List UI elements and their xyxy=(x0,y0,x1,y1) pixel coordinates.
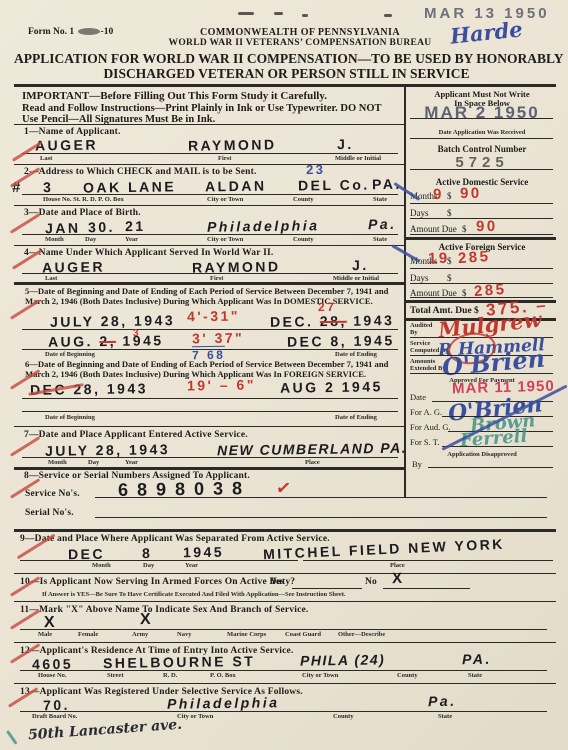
field-residence-state: PA. xyxy=(462,651,492,667)
form-title-line1: APPLICATION FOR WORLD WAR II COMPENSATIO… xyxy=(14,51,559,67)
write-line xyxy=(22,411,398,412)
sublabel-day: Day xyxy=(143,562,154,569)
write-line xyxy=(95,497,547,498)
for-ag-label: For A. G. xyxy=(410,407,442,417)
important-line: IMPORTANT—Before Filling Out This Form S… xyxy=(22,90,327,102)
write-line xyxy=(22,234,398,235)
sublabel-coast-guard: Coast Guard xyxy=(285,631,321,638)
dollar-sign: $ xyxy=(447,256,452,266)
panel-line xyxy=(410,138,553,139)
serial-nos-label: Serial No's. xyxy=(25,508,74,518)
field-birth-day: 30. xyxy=(88,219,115,235)
sublabel-date-of-beginning: Date of Beginning xyxy=(45,414,95,421)
sublabel-street: Street xyxy=(107,672,123,679)
section10-note: If Answer is YES—Be Sure To Have Certifi… xyxy=(42,591,346,598)
sublabel-draft-board-no: Draft Board No. xyxy=(32,713,77,720)
sublabel-year: Year xyxy=(185,562,198,569)
blue-annotation-23: 23 xyxy=(306,162,326,177)
for-st-label: For S. T. xyxy=(410,437,439,447)
panel-line xyxy=(410,234,553,235)
sublabel-state: State xyxy=(373,196,387,203)
computed-label1: Service xyxy=(410,340,430,347)
sublabel-last: Last xyxy=(45,275,57,282)
amount-due-label: Amount Due xyxy=(410,224,457,234)
s5-row1-end-month: DEC. xyxy=(270,313,314,330)
by-label: By xyxy=(412,459,422,469)
rule xyxy=(14,601,556,602)
s5-row2-begin: AUG. 2, 1945 xyxy=(48,332,164,350)
write-line xyxy=(22,194,398,195)
printers-union-bug-icon xyxy=(78,28,100,35)
sublabel-county: County xyxy=(293,236,314,243)
rule xyxy=(14,205,404,206)
sublabel-house-no: House No. xyxy=(38,672,67,679)
domestic-months-value: 9 xyxy=(433,186,444,203)
write-line xyxy=(22,398,398,399)
write-line xyxy=(22,273,398,274)
panel-line xyxy=(410,373,553,374)
sublabel-year: Year xyxy=(125,236,138,243)
sublabel-house: House No. St. R. D. P. O. Box xyxy=(43,196,124,203)
sublabel-rd: R. D. xyxy=(163,672,177,679)
sublabel-first: First xyxy=(210,275,223,282)
dollar-sign: $ xyxy=(447,208,452,218)
date-received-stamp: MAR 2 1950 xyxy=(408,103,556,123)
panel-line xyxy=(410,268,553,269)
scan-smudge xyxy=(302,14,308,17)
heavy-rule xyxy=(14,467,404,470)
green-margin-tick xyxy=(6,730,17,745)
sublabel-middle: Middle or Initial xyxy=(335,155,381,162)
yes-answer-line xyxy=(292,588,362,589)
batch-control-label: Batch Control Number xyxy=(408,144,556,154)
field-selective-state: Pa. xyxy=(428,693,457,709)
field-name-first: RAYMOND xyxy=(188,136,277,153)
form-number-text: Form No. 1 xyxy=(28,27,74,37)
scan-smudge xyxy=(238,12,254,15)
field-address-county: DEL Co. xyxy=(298,177,370,194)
days-label: Days xyxy=(410,208,429,218)
sublabel-place: Place xyxy=(305,459,320,466)
s5-row1-begin: JULY 28, 1943 xyxy=(50,312,175,330)
dollar-sign: $ xyxy=(447,191,452,201)
date-label: Date xyxy=(410,392,426,402)
field-address-city: ALDAN xyxy=(205,178,267,195)
s5-row1-end-struck-day: 28, xyxy=(320,313,347,329)
section11-label: 11—Mark "X" Above Name To Indicate Sex A… xyxy=(20,605,309,615)
sublabel-month: Month xyxy=(45,236,64,243)
field-separated-year: 1945 xyxy=(183,544,224,561)
field-birth-city: Philadelphia xyxy=(207,217,320,235)
extended-label2: Extended By xyxy=(410,365,446,372)
write-line xyxy=(22,153,398,154)
s5-row2-correction: 3 xyxy=(133,328,141,339)
field-birth-year: 21 xyxy=(125,218,146,234)
days-label: Days xyxy=(410,273,429,283)
sublabel-female: Female xyxy=(78,631,98,638)
sublabel-date-of-beginning: Date of Beginning xyxy=(45,351,95,358)
field-selective-city: Philadelphia xyxy=(167,694,280,712)
handwritten-address-note: 50th Lancaster ave. xyxy=(28,717,183,744)
no-answer-line xyxy=(383,588,470,589)
s6-row-duration-note: 19' – 6" xyxy=(187,377,256,394)
rule xyxy=(14,426,404,427)
section10-label: 10—Is Applicant Now Serving In Armed For… xyxy=(20,577,295,587)
domestic-amount-due-value: 90 xyxy=(476,218,498,235)
domestic-service-heading: Active Domestic Service xyxy=(408,177,556,187)
sublabel-other: Other—Describe xyxy=(338,631,385,638)
army-x-mark: X xyxy=(140,611,153,629)
extended-label1: Amounts xyxy=(410,358,435,365)
sublabel-city: City or Town xyxy=(177,713,213,720)
heavy-rule xyxy=(14,529,556,532)
field-separated-day: 8 xyxy=(142,545,153,561)
write-line xyxy=(20,629,547,630)
write-line xyxy=(20,670,547,671)
s5-row2-duration-red: 3' 37" xyxy=(192,330,244,347)
no-label: No xyxy=(365,577,377,587)
sublabel-state: State xyxy=(468,672,482,679)
panel-line xyxy=(428,467,553,468)
sublabel-last: Last xyxy=(40,155,52,162)
section1-label: 1—Name of Applicant. xyxy=(24,127,121,137)
no-answer-x: X xyxy=(392,570,405,587)
panel-line xyxy=(410,118,553,119)
heavy-rule xyxy=(14,282,404,285)
form-title-line2: DISCHARGED VETERAN OR PERSON STILL IN SE… xyxy=(14,66,559,82)
write-line xyxy=(20,560,298,561)
sublabel-year: Year xyxy=(125,459,138,466)
rule xyxy=(14,245,404,246)
date-received-label: Date Application Was Received xyxy=(408,129,556,136)
panel-line xyxy=(442,446,553,447)
sublabel-city: City or Town xyxy=(207,236,243,243)
write-line xyxy=(95,517,547,518)
field-address-house: 3 xyxy=(43,179,54,195)
sublabel-month: Month xyxy=(48,459,67,466)
instruction-line1: Read and Follow Instructions—Print Plain… xyxy=(22,103,382,114)
sublabel-first: First xyxy=(218,155,231,162)
sublabel-day: Day xyxy=(85,236,96,243)
field-entered-place: NEW CUMBERLAND PA. xyxy=(217,440,407,459)
s6-row-end: AUG 2 1945 xyxy=(280,378,383,395)
sublabel-army: Army xyxy=(132,631,148,638)
audited-label2: By xyxy=(410,329,418,336)
field-birth-state: Pa. xyxy=(368,216,397,232)
sublabel-city: City or Town xyxy=(302,672,338,679)
field-residence-city: PHILA (24) xyxy=(300,651,385,668)
field-name-middle: J. xyxy=(337,136,354,152)
sublabel-state: State xyxy=(373,236,387,243)
s5-row2-end: DEC 8, 1945 xyxy=(287,332,395,350)
sublabel-date-of-ending: Date of Ending xyxy=(335,414,377,421)
sublabel-county: County xyxy=(397,672,418,679)
field-name-last: AUGER xyxy=(35,137,98,154)
sublabel-middle: Middle or Initial xyxy=(333,275,379,282)
s5-row1-duration-note: 4'-31" xyxy=(187,308,240,325)
field-served-middle: J. xyxy=(352,257,369,273)
sublabel-city: City or Town xyxy=(207,196,243,203)
rule xyxy=(14,573,556,574)
dollar-sign: $ xyxy=(447,273,452,283)
rule xyxy=(14,683,556,684)
sublabel-navy: Navy xyxy=(177,631,191,638)
sublabel-day: Day xyxy=(88,459,99,466)
for-st-signature: Ferrell xyxy=(459,426,528,452)
panel-line xyxy=(410,169,553,170)
rule xyxy=(14,642,556,643)
section3-label: 3—Date and Place of Birth. xyxy=(24,208,141,218)
service-nos-label: Service No's. xyxy=(25,489,80,499)
sublabel-marine-corps: Marine Corps xyxy=(227,631,266,638)
section2-label: 2—Address to Which CHECK and MAIL is to … xyxy=(24,167,257,177)
section9-label: 9—Date and Place Where Applicant Was Sep… xyxy=(20,534,330,544)
yes-label: Yes xyxy=(270,577,284,587)
sublabel-month: Month xyxy=(92,562,111,569)
sublabel-po-box: P. O. Box xyxy=(210,672,236,679)
for-aud-g-label: For Aud. G. xyxy=(410,422,451,432)
application-disapproved-heading: Application Disapproved xyxy=(408,451,556,458)
write-line xyxy=(22,349,398,350)
write-line xyxy=(20,711,547,712)
scan-smudge xyxy=(274,12,283,15)
field-residence-street: SHELBOURNE ST xyxy=(103,653,256,671)
org-name-line1: COMMONWEALTH OF PENNSYLVANIA xyxy=(120,27,480,38)
header-divider xyxy=(14,84,556,87)
foreign-dollar-value: 285 xyxy=(457,248,491,267)
sublabel-date-of-ending: Date of Ending xyxy=(335,351,377,358)
sublabel-state: State xyxy=(438,713,452,720)
sublabel-county: County xyxy=(333,713,354,720)
s5-row2-begin-month: AUG. xyxy=(48,333,93,350)
s5-row1-end-year: 1943 xyxy=(353,312,394,329)
form-number-suffix: -10 xyxy=(101,27,114,37)
rule xyxy=(14,164,404,165)
rule xyxy=(14,124,404,125)
scan-smudge xyxy=(384,14,392,17)
dollar-sign: $ xyxy=(462,224,467,234)
write-line xyxy=(22,457,398,458)
sublabel-county: County xyxy=(293,196,314,203)
panel-heavy-rule xyxy=(406,237,556,240)
s5-row2-begin-year: 1945 xyxy=(122,332,163,349)
section5-label: 5—Date of Beginning and Date of Ending o… xyxy=(25,286,399,307)
panel-line xyxy=(410,203,553,204)
s5-row2-begin-struck-day: 2, xyxy=(99,333,116,349)
panel-divider xyxy=(404,85,406,497)
section4-label: 4—Name Under Which Applicant Served In W… xyxy=(24,248,273,258)
sublabel-place: Place xyxy=(390,562,405,569)
org-name-line2: WORLD WAR II VETERANS’ COMPENSATION BURE… xyxy=(120,38,480,48)
form-number: Form No. 1 -10 xyxy=(28,27,113,37)
audited-label1: Audited xyxy=(410,322,432,329)
write-line xyxy=(303,560,553,561)
section7-label: 7—Date and Place Applicant Entered Activ… xyxy=(24,430,248,440)
scanned-form-page: Form No. 1 -10 COMMONWEALTH OF PENNSYLVA… xyxy=(0,0,568,750)
domestic-dollar-value: 90 xyxy=(460,185,482,202)
s5-row1-end: DEC. 28, 1943 xyxy=(270,312,395,330)
sublabel-male: Male xyxy=(38,631,52,638)
